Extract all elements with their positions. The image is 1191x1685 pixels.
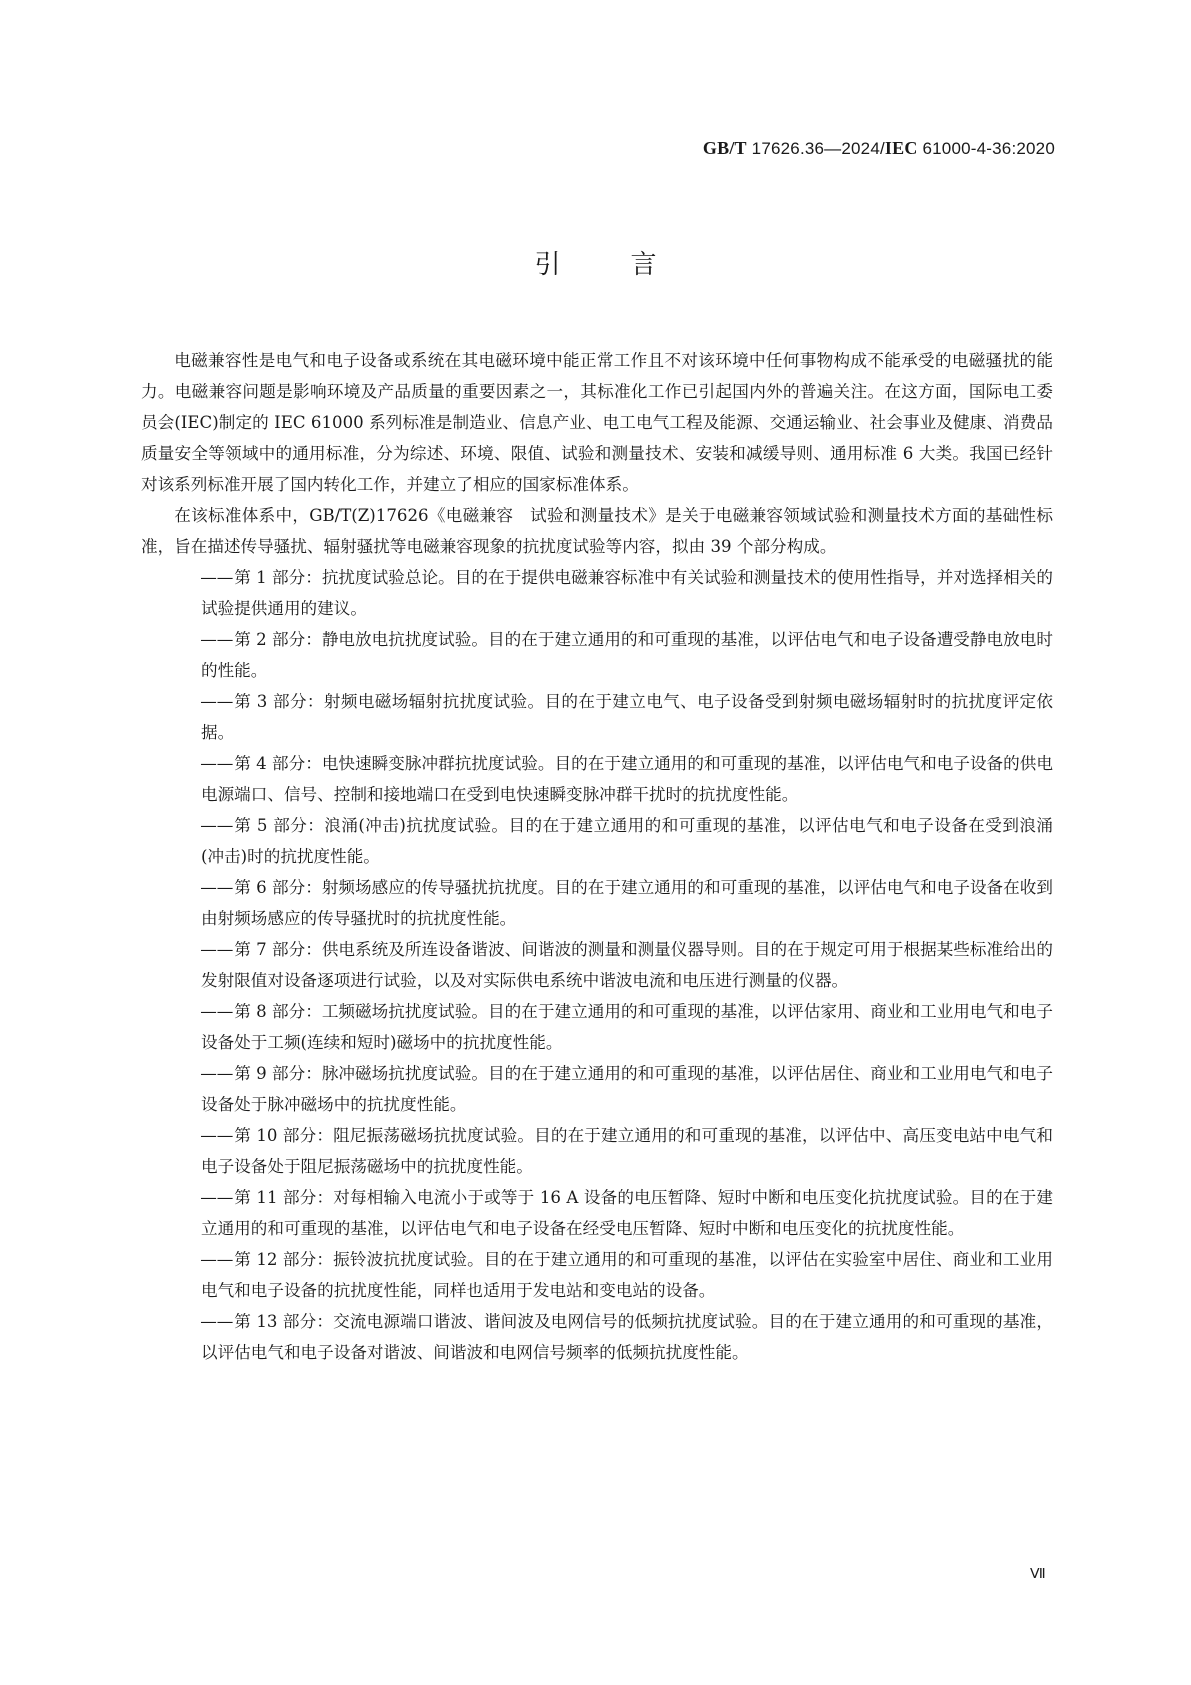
- list-item: ——第 2 部分：静电放电抗扰度试验。目的在于建立通用的和可重现的基准，以评估电…: [141, 624, 1053, 686]
- dash-marker: ——: [167, 748, 233, 779]
- page-title: 引言: [0, 244, 1191, 281]
- page-number: Ⅶ: [1030, 1566, 1046, 1583]
- dash-marker: ——: [167, 1058, 233, 1089]
- list-item: ——第 4 部分：电快速瞬变脉冲群抗扰度试验。目的在于建立通用的和可重现的基准，…: [141, 748, 1053, 810]
- dash-marker: ——: [167, 810, 233, 841]
- dash-marker: ——: [167, 872, 233, 903]
- intro-paragraph: 电磁兼容性是电气和电子设备或系统在其电磁环境中能正常工作且不对该环境中任何事物构…: [141, 345, 1053, 500]
- list-item: ——第 5 部分：浪涌(冲击)抗扰度试验。目的在于建立通用的和可重现的基准，以评…: [141, 810, 1053, 872]
- dash-marker: ——: [167, 1306, 233, 1337]
- dash-marker: ——: [167, 562, 233, 593]
- part-label: 第 13 部分：交流电源端口谐波、谐间波及电网信号的低频抗扰度试验。: [234, 1312, 768, 1331]
- part-label: 第 12 部分：振铃波抗扰度试验。: [234, 1250, 484, 1269]
- dash-marker: ——: [167, 1182, 233, 1213]
- list-item: ——第 7 部分：供电系统及所连设备谐波、间谐波的测量和测量仪器导则。目的在于规…: [141, 934, 1053, 996]
- part-label: 第 8 部分：工频磁场抗扰度试验。: [234, 1002, 488, 1021]
- dash-marker: ——: [167, 934, 233, 965]
- list-item: ——第 8 部分：工频磁场抗扰度试验。目的在于建立通用的和可重现的基准，以评估家…: [141, 996, 1053, 1058]
- document-body: 电磁兼容性是电气和电子设备或系统在其电磁环境中能正常工作且不对该环境中任何事物构…: [141, 345, 1053, 1368]
- part-label: 第 5 部分：浪涌(冲击)抗扰度试验。: [234, 816, 508, 835]
- list-item: ——第 10 部分：阻尼振荡磁场抗扰度试验。目的在于建立通用的和可重现的基准，以…: [141, 1120, 1053, 1182]
- list-item: ——第 12 部分：振铃波抗扰度试验。目的在于建立通用的和可重现的基准，以评估在…: [141, 1244, 1053, 1306]
- part-label: 第 1 部分：抗扰度试验总论。: [234, 568, 455, 587]
- dash-marker: ——: [167, 624, 233, 655]
- list-item: ——第 1 部分：抗扰度试验总论。目的在于提供电磁兼容标准中有关试验和测量技术的…: [141, 562, 1053, 624]
- list-item: ——第 11 部分：对每相输入电流小于或等于 16 A 设备的电压暂降、短时中断…: [141, 1182, 1053, 1244]
- list-item: ——第 6 部分：射频场感应的传导骚扰抗扰度。目的在于建立通用的和可重现的基准，…: [141, 872, 1053, 934]
- dash-marker: ——: [167, 996, 233, 1027]
- dash-marker: ——: [167, 1244, 233, 1275]
- dash-marker: ——: [167, 686, 233, 717]
- list-item: ——第 3 部分：射频电磁场辐射抗扰度试验。目的在于建立电气、电子设备受到射频电…: [141, 686, 1053, 748]
- standard-code-header: GB/T 17626.36—2024/IEC 61000-4-36:2020: [703, 138, 1055, 159]
- part-label: 第 7 部分：供电系统及所连设备谐波、间谐波的测量和测量仪器导则。: [234, 940, 754, 959]
- part-label: 第 3 部分：射频电磁场辐射抗扰度试验。: [234, 692, 544, 711]
- part-label: 第 2 部分：静电放电抗扰度试验。: [234, 630, 488, 649]
- standard-code-number: 17626.36—2024/: [752, 139, 885, 158]
- part-label: 第 9 部分：脉冲磁场抗扰度试验。: [234, 1064, 488, 1083]
- standard-code-prefix: GB/T: [703, 138, 747, 158]
- iec-prefix: IEC: [885, 138, 918, 158]
- part-label: 第 11 部分：对每相输入电流小于或等于 16 A 设备的电压暂降、短时中断和电…: [234, 1188, 969, 1207]
- list-item: ——第 13 部分：交流电源端口谐波、谐间波及电网信号的低频抗扰度试验。目的在于…: [141, 1306, 1053, 1368]
- iec-number: 61000-4-36:2020: [922, 139, 1055, 158]
- list-item: ——第 9 部分：脉冲磁场抗扰度试验。目的在于建立通用的和可重现的基准，以评估居…: [141, 1058, 1053, 1120]
- intro-paragraph: 在该标准体系中，GB/T(Z)17626《电磁兼容 试验和测量技术》是关于电磁兼…: [141, 500, 1053, 562]
- dash-marker: ——: [167, 1120, 233, 1151]
- part-label: 第 6 部分：射频场感应的传导骚扰抗扰度。: [234, 878, 554, 897]
- part-label: 第 10 部分：阻尼振荡磁场抗扰度试验。: [234, 1126, 534, 1145]
- part-label: 第 4 部分：电快速瞬变脉冲群抗扰度试验。: [234, 754, 554, 773]
